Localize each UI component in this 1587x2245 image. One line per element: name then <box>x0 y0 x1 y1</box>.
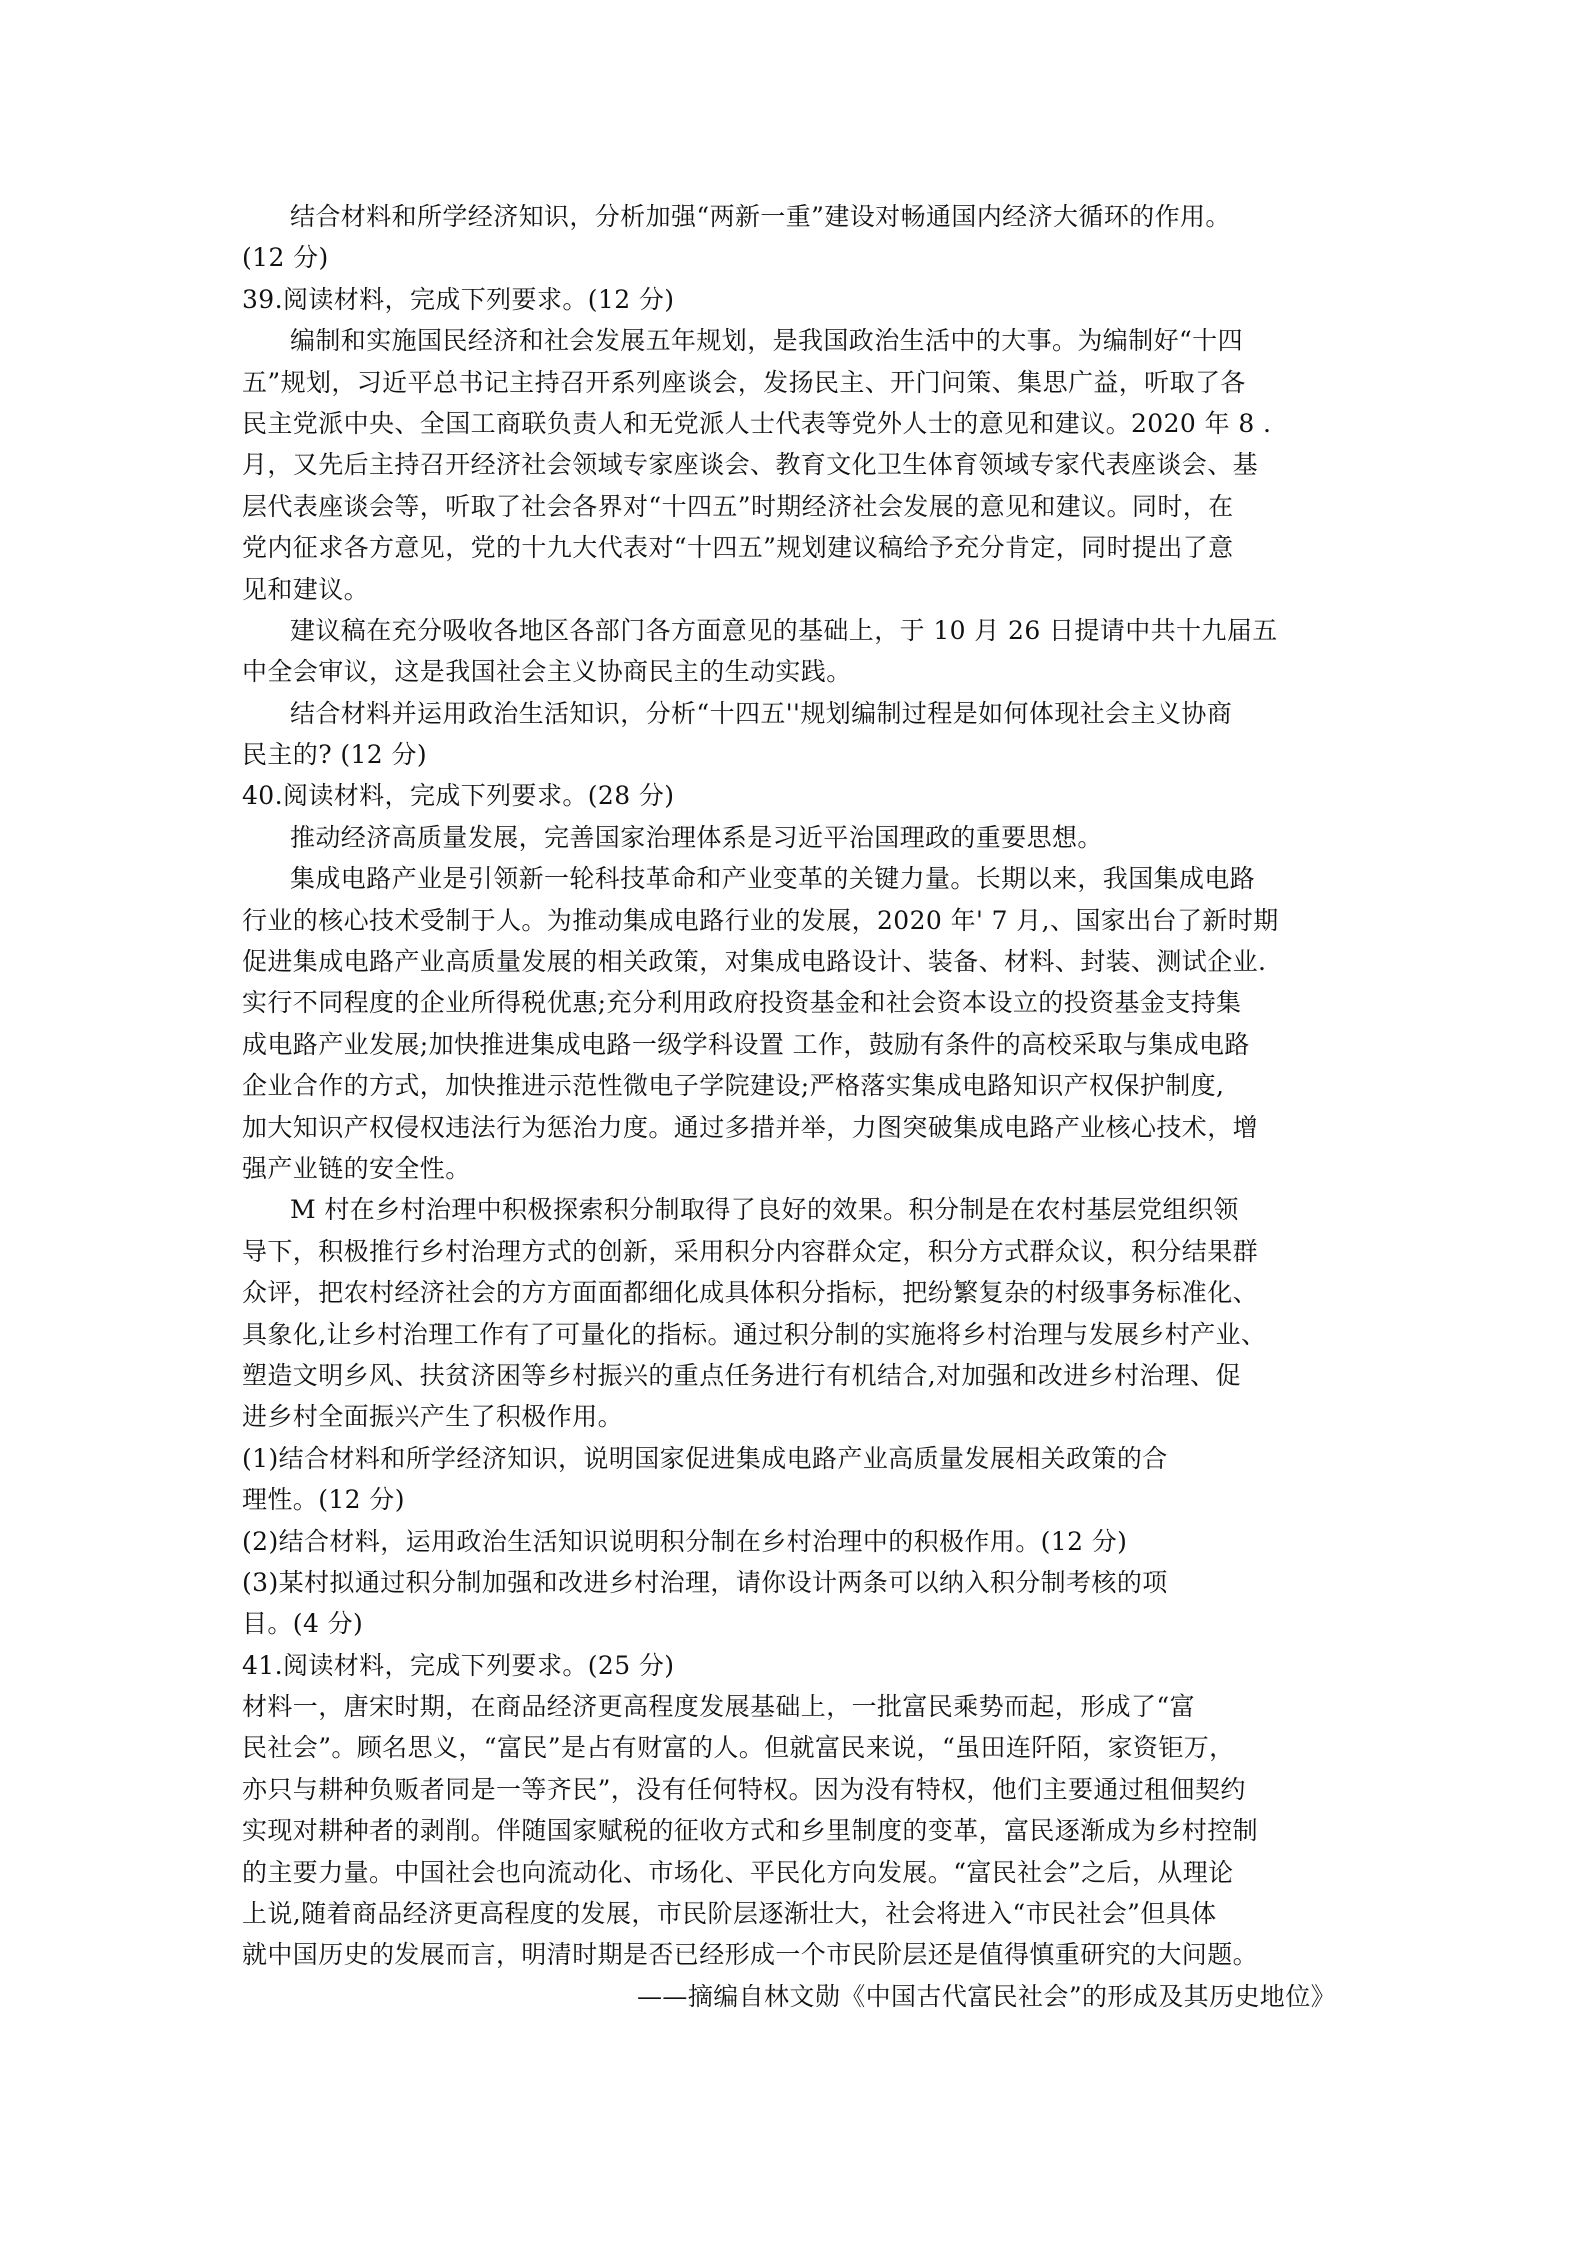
text-line: 就中国历史的发展而言，明清时期是否已经形成一个市民阶层还是值得慎重研究的大问题。 <box>242 1934 1340 1975</box>
text-line: 实现对耕种者的剥削。伴随国家赋税的征收方式和乡里制度的变革，富民逐渐成为乡村控制 <box>242 1810 1340 1851</box>
text-line: 五”规划，习近平总书记主持召开系列座谈会，发扬民主、开门问策、集思广益，听取了各 <box>242 362 1340 403</box>
text-line: 进乡村全面振兴产生了积极作用。 <box>242 1396 1340 1437</box>
text-line: 月，又先后主持召开经济社会领域专家座谈会、教育文化卫生体育领域专家代表座谈会、基 <box>242 444 1340 485</box>
text-line: 行业的核心技术受制于人。为推动集成电路行业的发展，2020 年' 7 月,、国家… <box>242 900 1340 941</box>
text-line: (1)结合材料和所学经济知识，说明国家促进集成电路产业高质量发展相关政策的合 <box>242 1438 1340 1479</box>
text-line: 党内征求各方意见，党的十九大代表对“十四五”规划建议稿给予充分肯定，同时提出了意 <box>242 527 1340 568</box>
text-line: 目。(4 分) <box>242 1603 1340 1644</box>
text-line: 实行不同程度的企业所得税优惠;充分利用政府投资基金和社会资本设立的投资基金支持集 <box>242 982 1340 1023</box>
text-line: (12 分) <box>242 237 1340 278</box>
text-line: 39.阅读材料，完成下列要求。(12 分) <box>242 279 1340 320</box>
text-line: 结合材料和所学经济知识，分析加强“两新一重”建设对畅通国内经济大循环的作用。 <box>242 196 1340 237</box>
text-line: 成电路产业发展;加快推进集成电路一级学科设置 工作，鼓励有条件的高校采取与集成电… <box>242 1024 1340 1065</box>
text-line: 亦只与耕种负贩者同是一等齐民”，没有任何特权。因为没有特权，他们主要通过租佃契约 <box>242 1769 1340 1810</box>
text-line: 41.阅读材料，完成下列要求。(25 分) <box>242 1645 1340 1686</box>
exam-page: 结合材料和所学经济知识，分析加强“两新一重”建设对畅通国内经济大循环的作用。(1… <box>242 196 1340 2017</box>
text-line: 民主的? (12 分) <box>242 734 1340 775</box>
text-line: 集成电路产业是引领新一轮科技革命和产业变革的关键力量。长期以来，我国集成电路 <box>242 858 1340 899</box>
text-line: 民社会”。顾名思义，“富民”是占有财富的人。但就富民来说，“虽田连阡陌，家资钜万… <box>242 1727 1340 1768</box>
text-line: 中全会审议，这是我国社会主义协商民主的生动实践。 <box>242 651 1340 692</box>
text-line: 企业合作的方式，加快推进示范性微电子学院建设;严格落实集成电路知识产权保护制度, <box>242 1065 1340 1106</box>
text-line: 众评，把农村经济社会的方方面面都细化成具体积分指标，把纷繁复杂的村级事务标准化、 <box>242 1272 1340 1313</box>
text-line: 塑造文明乡风、扶贫济困等乡村振兴的重点任务进行有机结合,对加强和改进乡村治理、促 <box>242 1355 1340 1396</box>
text-line: (3)某村拟通过积分制加强和改进乡村治理，请你设计两条可以纳入积分制考核的项 <box>242 1562 1340 1603</box>
text-line: 民主党派中央、全国工商联负责人和无党派人士代表等党外人士的意见和建议。2020 … <box>242 403 1340 444</box>
text-line: 结合材料并运用政治生活知识，分析“十四五''规划编制过程是如何体现社会主义协商 <box>242 693 1340 734</box>
text-line: 40.阅读材料，完成下列要求。(28 分) <box>242 775 1340 816</box>
text-line: 材料一，唐宋时期，在商品经济更高程度发展基础上，一批富民乘势而起，形成了“富 <box>242 1686 1340 1727</box>
text-line: 具象化,让乡村治理工作有了可量化的指标。通过积分制的实施将乡村治理与发展乡村产业… <box>242 1314 1340 1355</box>
text-line: 层代表座谈会等，听取了社会各界对“十四五”时期经济社会发展的意见和建议。同时，在 <box>242 486 1340 527</box>
text-line: 上说,随着商品经济更高程度的发展，市民阶层逐渐壮大，社会将进入“市民社会”但具体 <box>242 1893 1340 1934</box>
text-line: 建议稿在充分吸收各地区各部门各方面意见的基础上，于 10 月 26 日提请中共十… <box>242 610 1340 651</box>
text-line: 导下，积极推行乡村治理方式的创新，采用积分内容群众定，积分方式群众议，积分结果群 <box>242 1231 1340 1272</box>
text-line: 推动经济高质量发展，完善国家治理体系是习近平治国理政的重要思想。 <box>242 817 1340 858</box>
text-line: M 村在乡村治理中积极探索积分制取得了良好的效果。积分制是在农村基层党组织领 <box>242 1189 1340 1230</box>
text-line: 理性。(12 分) <box>242 1479 1340 1520</box>
text-line: 强产业链的安全性。 <box>242 1148 1340 1189</box>
source-citation: ——摘编自林文勋《中国古代富民社会”的形成及其历史地位》 <box>242 1976 1340 2017</box>
text-line: 的主要力量。中国社会也向流动化、市场化、平民化方向发展。“富民社会”之后，从理论 <box>242 1852 1340 1893</box>
text-line: 编制和实施国民经济和社会发展五年规划，是我国政治生活中的大事。为编制好“十四 <box>242 320 1340 361</box>
text-line: 加大知识产权侵权违法行为惩治力度。通过多措并举，力图突破集成电路产业核心技术，增 <box>242 1107 1340 1148</box>
text-line: 见和建议。 <box>242 569 1340 610</box>
text-line: 促进集成电路产业高质量发展的相关政策，对集成电路设计、装备、材料、封装、测试企业… <box>242 941 1340 982</box>
text-line: (2)结合材料，运用政治生活知识说明积分制在乡村治理中的积极作用。(12 分) <box>242 1521 1340 1562</box>
